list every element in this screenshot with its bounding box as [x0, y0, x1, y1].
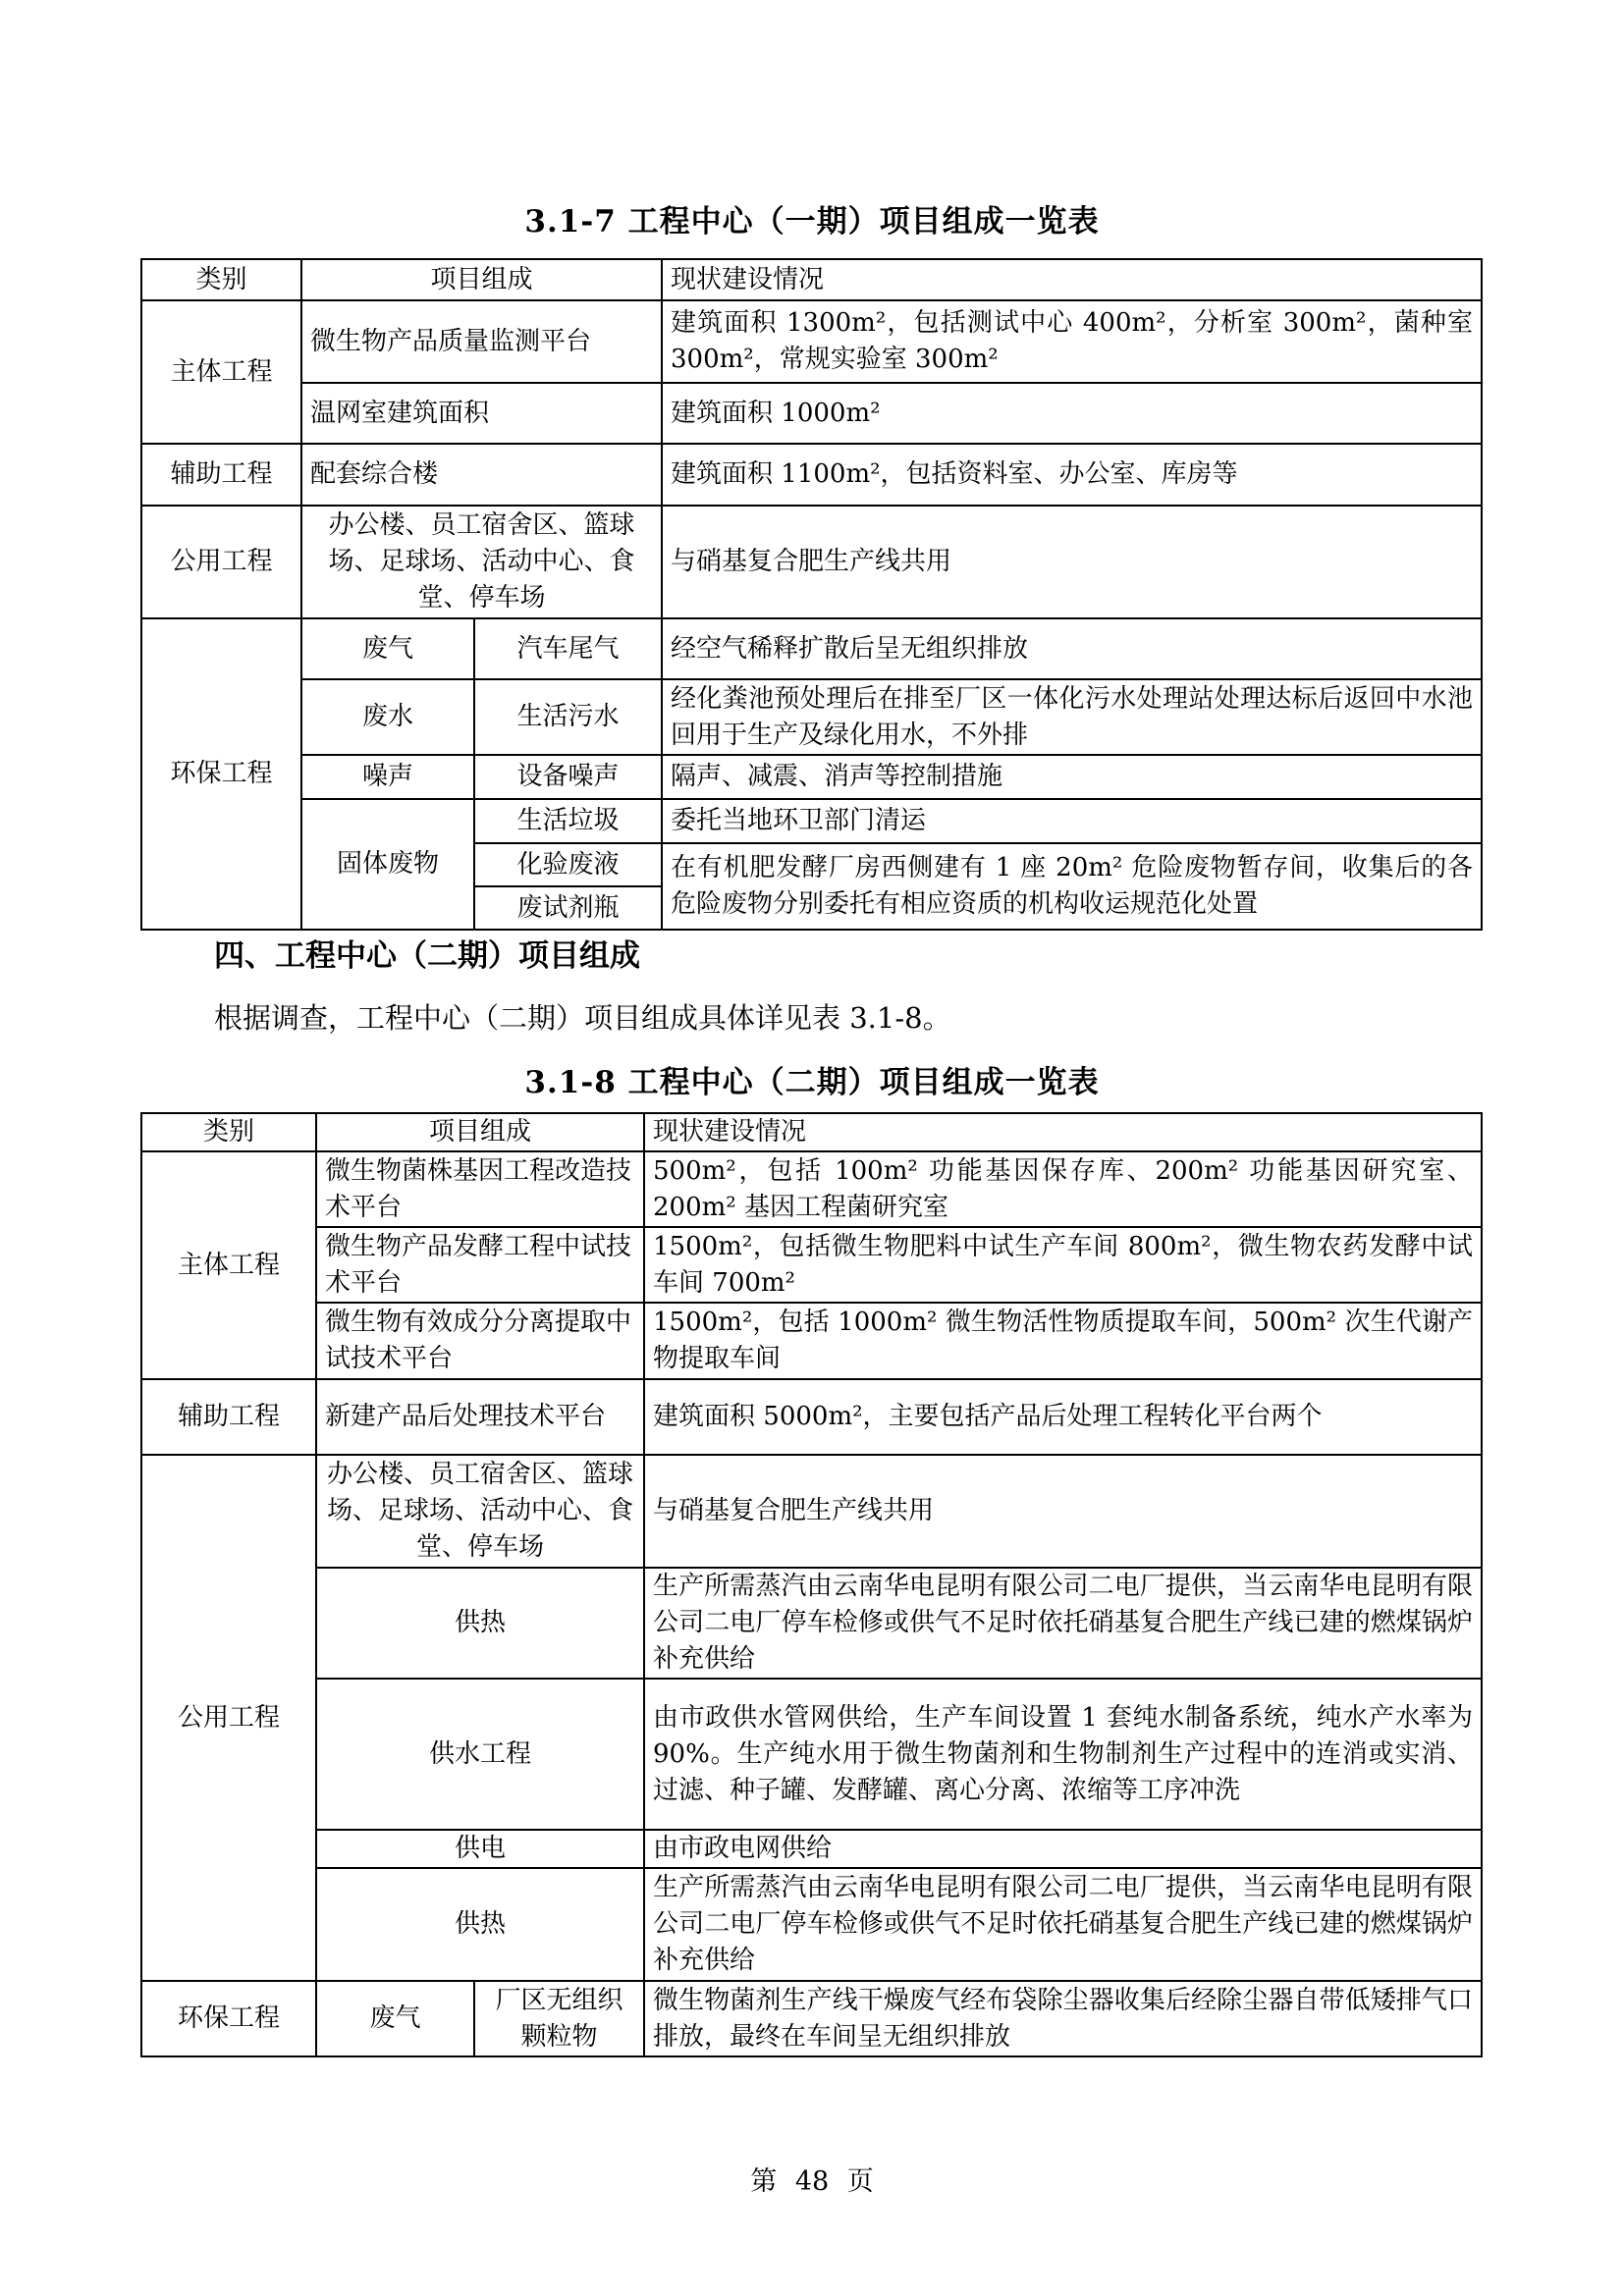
item-cell: 供热 — [316, 1568, 644, 1679]
item-cell: 办公楼、员工宿舍区、篮球场、足球场、活动中心、食堂、停车场 — [316, 1455, 644, 1568]
item-cell: 新建产品后处理技术平台 — [316, 1379, 644, 1455]
header-category: 类别 — [141, 259, 301, 300]
status-cell: 微生物菌剂生产线干燥废气经布袋除尘器收集后经除尘器自带低矮排气口排放，最终在车间… — [644, 1981, 1482, 2056]
table-header-row: 类别 项目组成 现状建设情况 — [141, 1113, 1482, 1151]
page-number: 第 48 页 — [0, 2160, 1624, 2198]
category-cell: 主体工程 — [141, 300, 301, 444]
status-cell: 生产所需蒸汽由云南华电昆明有限公司二电厂提供，当云南华电昆明有限公司二电厂停车检… — [644, 1568, 1482, 1679]
status-cell: 由市政电网供给 — [644, 1830, 1482, 1868]
table-row: 辅助工程 配套综合楼 建筑面积 1100m²，包括资料室、办公室、库房等 — [141, 444, 1482, 506]
table-row: 公用工程 办公楼、员工宿舍区、篮球场、足球场、活动中心、食堂、停车场 与硝基复合… — [141, 506, 1482, 618]
header-category: 类别 — [141, 1113, 316, 1151]
table-row: 固体废物 生活垃圾 委托当地环卫部门清运 — [141, 799, 1482, 843]
status-cell: 500m²，包括 100m² 功能基因保存库、200m² 功能基因研究室、200… — [644, 1151, 1482, 1227]
item-cell: 温网室建筑面积 — [301, 383, 662, 444]
table-caption: 3.1-7 工程中心（一期）项目组成一览表 — [0, 196, 1624, 240]
type-cell: 噪声 — [301, 755, 474, 799]
status-cell: 经化粪池预处理后在排至厂区一体化污水处理站处理达标后返回中水池回用于生产及绿化用… — [662, 679, 1482, 755]
status-cell: 建筑面积 1300m²，包括测试中心 400m²，分析室 300m²，菌种室 3… — [662, 300, 1482, 383]
item-cell: 配套综合楼 — [301, 444, 662, 506]
status-cell: 生产所需蒸汽由云南华电昆明有限公司二电厂提供，当云南华电昆明有限公司二电厂停车检… — [644, 1868, 1482, 1981]
status-cell: 建筑面积 1000m² — [662, 383, 1482, 444]
sub-cell: 设备噪声 — [474, 755, 662, 799]
table-row: 微生物有效成分分离提取中试技术平台 1500m²，包括 1000m² 微生物活性… — [141, 1303, 1482, 1379]
item-cell: 微生物菌株基因工程改造技术平台 — [316, 1151, 644, 1227]
item-cell: 微生物产品质量监测平台 — [301, 300, 662, 383]
category-cell: 公用工程 — [141, 506, 301, 618]
item-cell: 供电 — [316, 1830, 644, 1868]
type-cell: 废气 — [316, 1981, 474, 2056]
status-cell: 1500m²，包括微生物肥料中试生产车间 800m²，微生物农药发酵中试车间 7… — [644, 1227, 1482, 1303]
table-row: 噪声 设备噪声 隔声、减震、消声等控制措施 — [141, 755, 1482, 799]
category-cell: 辅助工程 — [141, 1379, 316, 1455]
status-cell: 1500m²，包括 1000m² 微生物活性物质提取车间，500m² 次生代谢产… — [644, 1303, 1482, 1379]
sub-cell: 生活污水 — [474, 679, 662, 755]
header-item: 项目组成 — [316, 1113, 644, 1151]
item-cell: 微生物产品发酵工程中试技术平台 — [316, 1227, 644, 1303]
status-cell: 经空气稀释扩散后呈无组织排放 — [662, 618, 1482, 679]
header-status: 现状建设情况 — [662, 259, 1482, 300]
category-cell: 环保工程 — [141, 1981, 316, 2056]
table-row: 环保工程 废气 汽车尾气 经空气稀释扩散后呈无组织排放 — [141, 618, 1482, 679]
status-cell: 与硝基复合肥生产线共用 — [644, 1455, 1482, 1568]
table-row: 公用工程 办公楼、员工宿舍区、篮球场、足球场、活动中心、食堂、停车场 与硝基复合… — [141, 1455, 1482, 1568]
table-row: 环保工程 废气 厂区无组织颗粒物 微生物菌剂生产线干燥废气经布袋除尘器收集后经除… — [141, 1981, 1482, 2056]
status-cell: 建筑面积 1100m²，包括资料室、办公室、库房等 — [662, 444, 1482, 506]
table-3-1-7: 类别 项目组成 现状建设情况 主体工程 微生物产品质量监测平台 建筑面积 130… — [140, 258, 1483, 931]
table-caption: 3.1-8 工程中心（二期）项目组成一览表 — [0, 1057, 1624, 1101]
sub-cell: 厂区无组织颗粒物 — [474, 1981, 644, 2056]
table-header-row: 类别 项目组成 现状建设情况 — [141, 259, 1482, 300]
type-cell: 废气 — [301, 618, 474, 679]
section-heading: 四、工程中心（二期）项目组成 — [214, 931, 640, 975]
sub-cell: 废试剂瓶 — [474, 886, 662, 930]
category-cell: 公用工程 — [141, 1455, 316, 1981]
header-status: 现状建设情况 — [644, 1113, 1482, 1151]
item-cell: 供热 — [316, 1868, 644, 1981]
table-row: 供水工程 由市政供水管网供给，生产车间设置 1 套纯水制备系统，纯水产水率为 9… — [141, 1679, 1482, 1830]
paragraph: 根据调查，工程中心（二期）项目组成具体详见表 3.1-8。 — [214, 996, 951, 1037]
item-cell: 供水工程 — [316, 1679, 644, 1830]
category-cell: 主体工程 — [141, 1151, 316, 1379]
item-cell: 微生物有效成分分离提取中试技术平台 — [316, 1303, 644, 1379]
table-3-1-8: 类别 项目组成 现状建设情况 主体工程 微生物菌株基因工程改造技术平台 500m… — [140, 1112, 1483, 2057]
status-cell: 与硝基复合肥生产线共用 — [662, 506, 1482, 618]
sub-cell: 汽车尾气 — [474, 618, 662, 679]
type-cell: 废水 — [301, 679, 474, 755]
table-row: 供热 生产所需蒸汽由云南华电昆明有限公司二电厂提供，当云南华电昆明有限公司二电厂… — [141, 1568, 1482, 1679]
type-cell: 固体废物 — [301, 799, 474, 930]
table-row: 辅助工程 新建产品后处理技术平台 建筑面积 5000m²，主要包括产品后处理工程… — [141, 1379, 1482, 1455]
table-row: 供电 由市政电网供给 — [141, 1830, 1482, 1868]
status-cell: 委托当地环卫部门清运 — [662, 799, 1482, 843]
status-cell: 由市政供水管网供给，生产车间设置 1 套纯水制备系统，纯水产水率为 90%。生产… — [644, 1679, 1482, 1830]
category-cell: 环保工程 — [141, 618, 301, 930]
table-row: 主体工程 微生物菌株基因工程改造技术平台 500m²，包括 100m² 功能基因… — [141, 1151, 1482, 1227]
sub-cell: 化验废液 — [474, 843, 662, 886]
status-cell: 在有机肥发酵厂房西侧建有 1 座 20m² 危险废物暂存间，收集后的各危险废物分… — [662, 843, 1482, 930]
item-cell: 办公楼、员工宿舍区、篮球场、足球场、活动中心、食堂、停车场 — [301, 506, 662, 618]
table-row: 微生物产品发酵工程中试技术平台 1500m²，包括微生物肥料中试生产车间 800… — [141, 1227, 1482, 1303]
table-row: 废水 生活污水 经化粪池预处理后在排至厂区一体化污水处理站处理达标后返回中水池回… — [141, 679, 1482, 755]
header-item: 项目组成 — [301, 259, 662, 300]
table-row: 主体工程 微生物产品质量监测平台 建筑面积 1300m²，包括测试中心 400m… — [141, 300, 1482, 383]
table-row: 供热 生产所需蒸汽由云南华电昆明有限公司二电厂提供，当云南华电昆明有限公司二电厂… — [141, 1868, 1482, 1981]
sub-cell: 生活垃圾 — [474, 799, 662, 843]
category-cell: 辅助工程 — [141, 444, 301, 506]
status-cell: 隔声、减震、消声等控制措施 — [662, 755, 1482, 799]
status-cell: 建筑面积 5000m²，主要包括产品后处理工程转化平台两个 — [644, 1379, 1482, 1455]
table-row: 温网室建筑面积 建筑面积 1000m² — [141, 383, 1482, 444]
